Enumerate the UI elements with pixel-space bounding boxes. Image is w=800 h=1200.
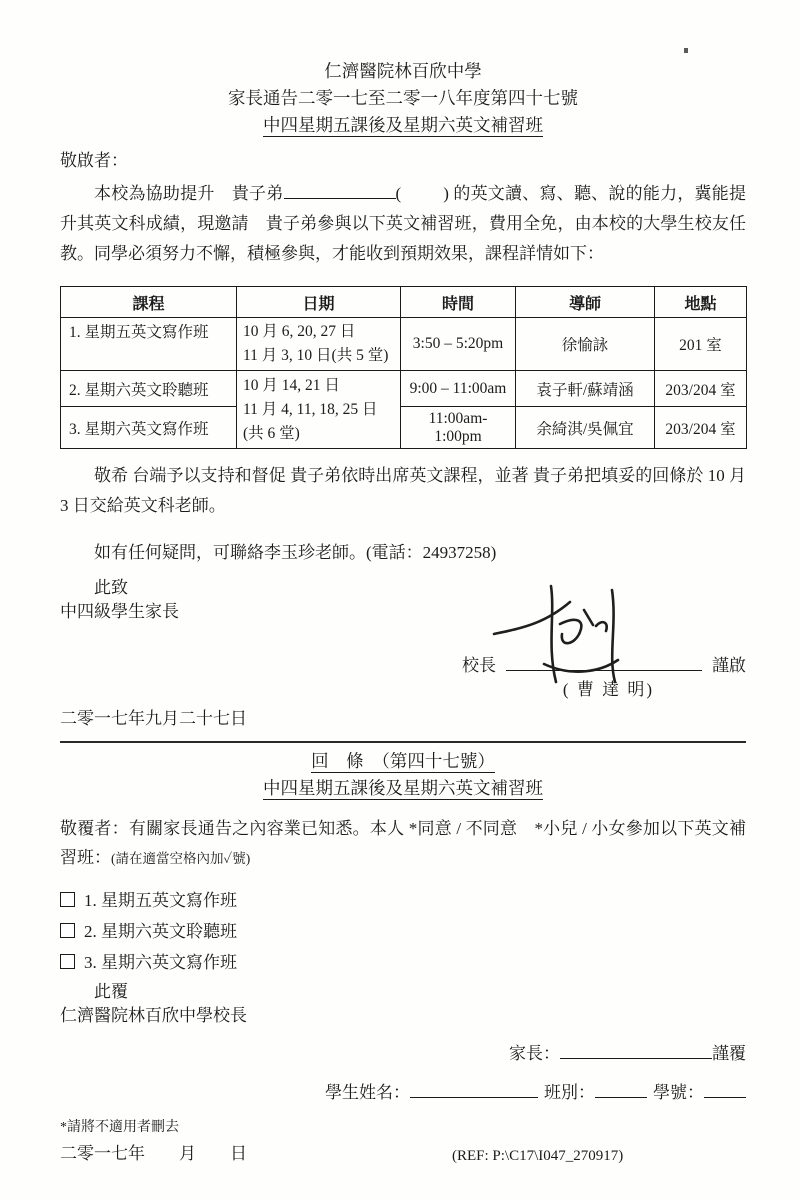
option-row-2: 2. 星期六英文聆聽班	[60, 921, 746, 943]
option-label-3: 3. 星期六英文寫作班	[84, 953, 237, 972]
letter-date: 二零一七年九月二十七日	[60, 707, 746, 731]
reply-paragraph: 敬覆者：有關家長通告之內容業已知悉。本人 *同意 / 不同意 *小兒 / 小女參…	[60, 814, 746, 873]
student-name-blank-line	[284, 180, 396, 199]
table-row: 2. 星期六英文聆聽班 10 月 14, 21 日 11 月 4, 11, 18…	[61, 371, 747, 407]
scan-artifact	[684, 48, 688, 53]
scanned-notice-page: 仁濟醫院林百欣中學 家長通告二零一七至二零一八年度第四十七號 中四星期五課後及星…	[0, 0, 800, 1200]
course-table: 課程 日期 時間 導師 地點 1. 星期五英文寫作班 10 月 6, 20, 2…	[60, 286, 747, 449]
principal-closing: 謹啟	[712, 656, 746, 675]
cell-tutor-2: 袁子軒/蘇靖涵	[516, 371, 655, 407]
letter-closing-2: 中四級學生家長	[60, 600, 746, 624]
checkbox-option-3	[60, 954, 75, 969]
cell-time-1: 3:50 – 5:20pm	[401, 318, 516, 371]
principal-name: ( 曹 達 明)	[60, 679, 746, 701]
reply-slip-header: 回 條 （第四十七號） 中四星期五課後及星期六英文補習班	[60, 748, 746, 802]
letter-subject: 中四星期五課後及星期六英文補習班	[60, 112, 746, 139]
paren-open: (	[396, 184, 402, 203]
parent-closing: 謹覆	[712, 1044, 746, 1063]
student-info-line: 學生姓名：班別：學號：	[60, 1079, 746, 1106]
reply-para-note: (請在適當空格內加✓號)	[111, 851, 250, 866]
cell-venue-2: 203/204 室	[655, 371, 747, 407]
cell-venue-3: 203/204 室	[655, 407, 747, 449]
parent-signature-line: 家長：謹覆	[60, 1040, 746, 1067]
option-label-2: 2. 星期六英文聆聽班	[84, 922, 237, 941]
cell-tutor-3: 余綺淇/吳佩宜	[516, 407, 655, 449]
header-course: 課程	[61, 287, 237, 318]
bottom-line: 二零一七年 月 日 (REF: P:\C17\I047_270917)	[60, 1142, 746, 1166]
reply-title: 回 條 （第四十七號）	[60, 748, 746, 775]
principal-label: 校長	[462, 656, 496, 675]
divider-line	[60, 741, 746, 743]
table-row: 1. 星期五英文寫作班 10 月 6, 20, 27 日 11 月 3, 10 …	[61, 318, 747, 371]
table-row: 3. 星期六英文寫作班 11:00am-1:00pm 余綺淇/吳佩宜 203/2…	[61, 407, 747, 449]
reply-date-blank: 二零一七年 月 日	[60, 1144, 247, 1163]
student-no-label: 學號：	[653, 1083, 704, 1102]
cell-course-2: 2. 星期六英文聆聽班	[61, 371, 237, 407]
header-date: 日期	[237, 287, 401, 318]
parent-blank-line	[560, 1040, 712, 1059]
footnote: *請將不適用者刪去	[60, 1118, 746, 1138]
student-name-label: 學生姓名：	[325, 1083, 410, 1102]
date-line: 10 月 14, 21 日	[243, 374, 394, 398]
parent-label: 家長：	[509, 1044, 560, 1063]
cell-course-1: 1. 星期五英文寫作班	[61, 318, 237, 371]
document-content: 仁濟醫院林百欣中學 家長通告二零一七至二零一八年度第四十七號 中四星期五課後及星…	[60, 58, 746, 1166]
cell-time-2: 9:00 – 11:00am	[401, 371, 516, 407]
class-blank	[595, 1079, 647, 1098]
cell-tutor-1: 徐愉詠	[516, 318, 655, 371]
reply-closing-2: 仁濟醫院林百欣中學校長	[60, 1004, 746, 1028]
option-row-3: 3. 星期六英文寫作班	[60, 952, 746, 974]
paragraph-1: 本校為協助提升 貴子弟() 的英文讀、寫、聽、說的能力，冀能提升其英文科成績，現…	[60, 179, 746, 269]
header-venue: 地點	[655, 287, 747, 318]
class-label: 班別：	[544, 1083, 595, 1102]
header-time: 時間	[401, 287, 516, 318]
option-label-1: 1. 星期五英文寫作班	[84, 891, 237, 910]
checkbox-option-2	[60, 923, 75, 938]
date-line: (共 6 堂)	[243, 422, 394, 446]
cell-date-1: 10 月 6, 20, 27 日 11 月 3, 10 日(共 5 堂)	[237, 318, 401, 371]
signature-blank-line	[506, 652, 702, 671]
file-reference: (REF: P:\C17\I047_270917)	[452, 1144, 623, 1168]
student-no-blank	[704, 1079, 746, 1098]
date-line: 11 月 4, 11, 18, 25 日	[243, 398, 394, 422]
signature-line-group: 校長謹啟	[462, 651, 746, 676]
cell-time-3: 11:00am-1:00pm	[401, 407, 516, 449]
checkbox-option-1	[60, 892, 75, 907]
school-name: 仁濟醫院林百欣中學	[60, 58, 746, 85]
contact-line: 如有任何疑問，可聯絡李玉珍老師。(電話：24937258)	[60, 538, 746, 568]
date-line: 10 月 6, 20, 27 日	[243, 320, 394, 344]
letter-closing-1: 此致	[60, 576, 746, 600]
cell-venue-1: 201 室	[655, 318, 747, 371]
student-name-blank	[410, 1079, 538, 1098]
option-row-1: 1. 星期五英文寫作班	[60, 890, 746, 912]
signature-row: 校長謹啟	[60, 640, 746, 676]
letter-header: 仁濟醫院林百欣中學 家長通告二零一七至二零一八年度第四十七號 中四星期五課後及星…	[60, 58, 746, 139]
cell-course-3: 3. 星期六英文寫作班	[61, 407, 237, 449]
cell-date-merged: 10 月 14, 21 日 11 月 4, 11, 18, 25 日 (共 6 …	[237, 371, 401, 449]
date-line: 11 月 3, 10 日(共 5 堂)	[243, 344, 394, 368]
reply-closing-1: 此覆	[60, 980, 746, 1004]
notice-number: 家長通告二零一七至二零一八年度第四十七號	[60, 85, 746, 112]
paragraph-2: 敬希 台端予以支持和督促 貴子弟依時出席英文課程，並著 貴子弟把填妥的回條於 1…	[60, 461, 746, 521]
table-header-row: 課程 日期 時間 導師 地點	[61, 287, 747, 318]
reply-subject: 中四星期五課後及星期六英文補習班	[60, 775, 746, 802]
salutation: 敬啟者：	[60, 149, 746, 173]
para1-text-before: 本校為協助提升 貴子弟	[94, 184, 284, 203]
header-tutor: 導師	[516, 287, 655, 318]
